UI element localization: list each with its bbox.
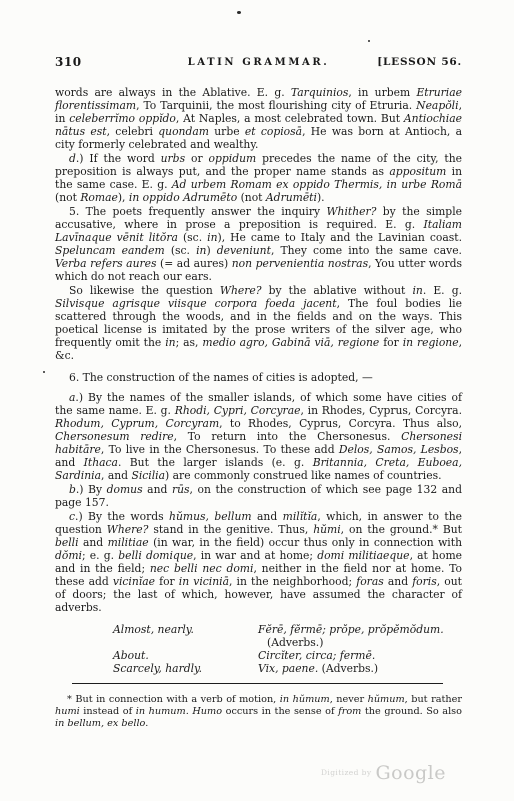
paragraph-where-ablative: So likewise the question Where? by the a…	[55, 284, 462, 362]
google-logo: Google	[375, 762, 446, 784]
adverbs-subnote: (Adverbs.)	[267, 636, 462, 649]
paragraph-section-6: 6. The construction of the names of citi…	[55, 371, 462, 384]
scan-speck	[368, 40, 370, 42]
paragraph-rule-5: 5. The poets frequently answer the inqui…	[55, 205, 462, 283]
english-gloss: Almost, nearly.	[113, 623, 258, 636]
english-gloss: About.	[113, 649, 258, 662]
footnote: * But in connection with a verb of motio…	[55, 694, 462, 730]
latin-adverbs: Circĭter, circa; fermē.	[258, 649, 462, 662]
lesson-header: [LESSON 56.	[377, 56, 462, 68]
paragraph-rule-c: c.) By the words hŭmus, bellum and milĭt…	[55, 510, 462, 614]
paragraph-ablative-examples: words are always in the Ablative. E. g. …	[55, 86, 462, 151]
table-row: Scarcely, hardly. Vix, paene. (Adverbs.)	[55, 662, 462, 675]
scan-speck	[237, 11, 241, 14]
footnote-rule	[72, 683, 443, 684]
paragraph-rule-a: a.) By the names of the smaller islands,…	[55, 391, 462, 482]
adverb-table: Almost, nearly. Fĕrē, fĕrmē; prŏpe, prŏp…	[55, 623, 462, 675]
table-row: About. Circĭter, circa; fermē.	[55, 649, 462, 662]
paragraph-rule-d: d.) If the word urbs or oppidum precedes…	[55, 152, 462, 204]
digitized-by-label: Digitized by	[321, 768, 371, 777]
page-header: 310 LATIN GRAMMAR. [LESSON 56.	[55, 55, 462, 70]
paragraph-rule-b: b.) By domus and rūs, on the constructio…	[55, 483, 462, 509]
body-text: words are always in the Ablative. E. g. …	[55, 86, 462, 614]
google-watermark: Digitized byGoogle	[321, 762, 446, 784]
english-gloss: Scarcely, hardly.	[113, 662, 258, 675]
table-row: Almost, nearly. Fĕrē, fĕrmē; prŏpe, prŏp…	[55, 623, 462, 636]
scan-speck	[43, 371, 45, 373]
page-content: 310 LATIN GRAMMAR. [LESSON 56. words are…	[55, 55, 462, 739]
latin-adverbs: Fĕrē, fĕrmē; prŏpe, prŏpĕmŏdum.	[258, 623, 462, 636]
book-page-scan: 310 LATIN GRAMMAR. [LESSON 56. words are…	[0, 0, 514, 801]
latin-adverbs: Vix, paene. (Adverbs.)	[258, 662, 462, 675]
